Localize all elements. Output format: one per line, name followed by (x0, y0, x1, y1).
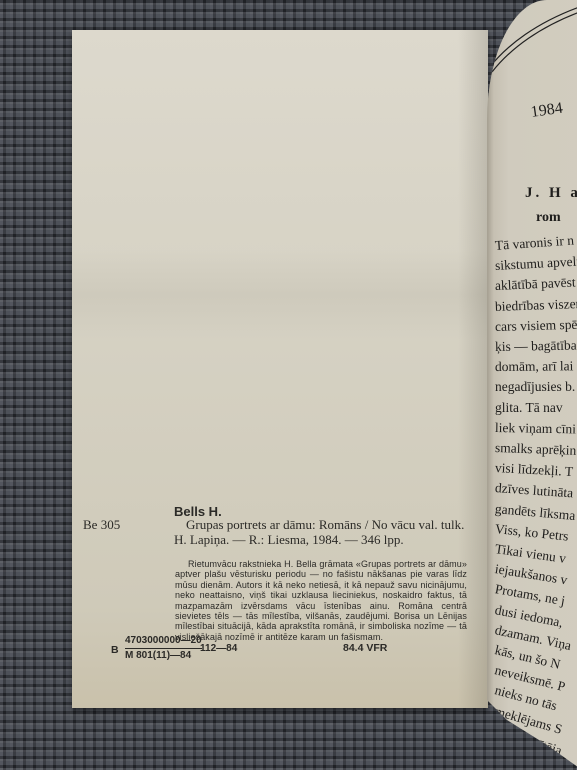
right-page: 1984 J. H a rom Tā varonis ir n sikstumu… (487, 0, 577, 770)
publication-index-fraction: 4703000000—20 M 801(11)—84 (125, 635, 202, 662)
bibliographic-title: Grupas portrets ar dāmu: Romāns / No vāc… (174, 517, 466, 547)
body-line: glita. Tā nav (495, 398, 577, 418)
fraction-numerator: 4703000000—20 (125, 635, 202, 649)
book-annotation: Rietumvācu rakstnieka H. Bella grāmata «… (175, 559, 467, 642)
fraction-suffix: 112—84 (200, 643, 237, 654)
classification-code: Be 305 (83, 517, 120, 533)
body-line: negadījusies b. (495, 377, 577, 397)
index-letter: B (111, 644, 119, 656)
body-line: aklātībā pavēst (495, 273, 577, 297)
body-text: Tā varonis ir n sikstumu apvelti aklātīb… (495, 236, 577, 741)
bbk-code: 84.4 VFR (343, 642, 387, 654)
body-line: domām, arī lai (495, 356, 577, 377)
body-line: biedrības viszer (495, 294, 577, 317)
subheading-fragment: rom (536, 210, 561, 226)
decorative-double-rule (487, 0, 577, 200)
body-line: liek viņam cīni (495, 418, 577, 440)
left-page: Bells H. Be 305 Grupas portrets ar dāmu:… (72, 30, 488, 708)
catalog-card-block: Bells H. Be 305 Grupas portrets ar dāmu:… (72, 30, 488, 708)
body-line: cars visiem spē (495, 314, 577, 337)
heading-fragment: J. H a (525, 185, 577, 202)
body-line: ķis — bagātība (495, 335, 577, 357)
fraction-denominator: M 801(11)—84 (125, 649, 202, 662)
